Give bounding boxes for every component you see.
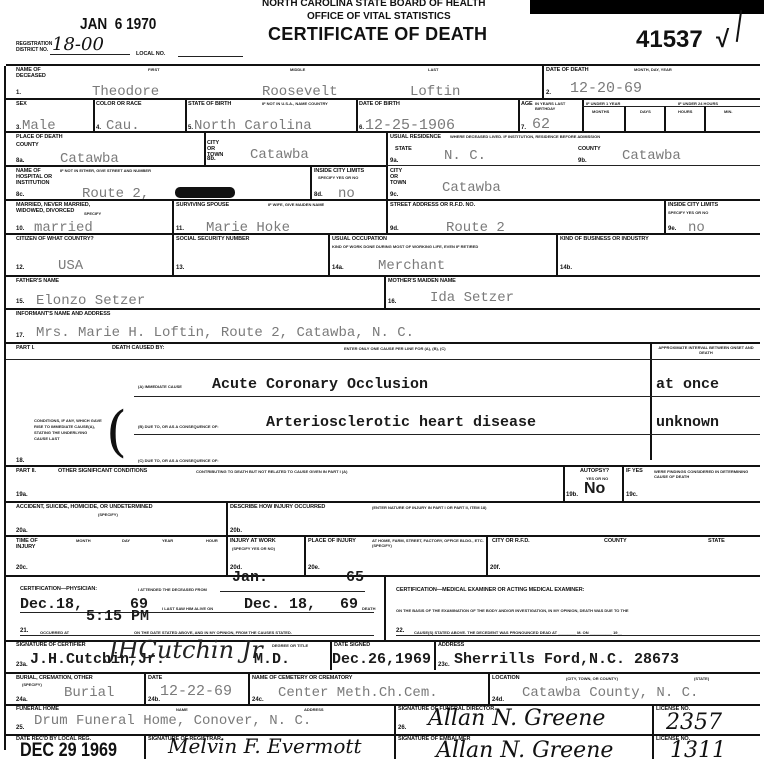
res-state-label: STATE	[395, 146, 412, 152]
item-number: 9c.	[390, 192, 398, 198]
item-number: 8b.	[207, 156, 216, 162]
check-stroke	[736, 10, 742, 42]
rule	[226, 501, 228, 575]
item-number: 20e.	[308, 565, 320, 571]
place-of-injury-label: PLACE OF INJURY	[308, 538, 356, 544]
rule	[6, 98, 760, 100]
rule	[434, 640, 436, 670]
rule	[185, 98, 187, 131]
attended-from-month: Jan.	[232, 569, 268, 586]
item-number: 24b.	[148, 697, 160, 703]
mother-label: MOTHER'S MAIDEN NAME	[388, 278, 456, 284]
hour-label: HOUR	[206, 538, 218, 543]
item-number: 11.	[176, 226, 184, 232]
rule	[386, 165, 760, 166]
director-license-value: 2357	[666, 710, 722, 735]
rule	[664, 106, 666, 131]
birth-state-sub: IF NOT IN U.S.A., NAME COUNTRY	[262, 101, 328, 106]
certifier-signature-label: SIGNATURE OF CERTIFIER	[16, 642, 86, 648]
item-number: 18.	[16, 458, 24, 464]
line-a-label: (a) IMMEDIATE CAUSE	[138, 384, 182, 389]
rule	[652, 704, 654, 759]
burial-method-label: BURIAL, CREMATION, OTHER	[16, 675, 93, 681]
item-number: 17.	[16, 333, 24, 339]
cemetery-label: NAME OF CEMETERY OR CREMATORY	[252, 675, 352, 681]
burial-date-label: DATE	[148, 675, 162, 681]
item-number: 12.	[16, 265, 24, 271]
item-number: 26.	[398, 725, 406, 731]
death-text: DEATH	[362, 606, 375, 611]
item-number: 9d.	[390, 226, 399, 232]
item-number: 1.	[16, 90, 21, 96]
physician-cert-label: CERTIFICATION—PHYSICIAN:	[20, 586, 97, 592]
sex-label: SEX	[16, 101, 27, 107]
underlying-cause: Arteriosclerotic heart disease	[266, 414, 536, 431]
location-state-label: (STATE)	[694, 676, 709, 681]
at-work-label: INJURY AT WORK	[230, 538, 276, 544]
rule	[6, 199, 760, 201]
registrar-signature: Melvin F. Evermott	[168, 734, 362, 758]
date-of-death-label: DATE OF DEATH	[546, 67, 589, 73]
age-sub: IN YEARS LAST BIRTHDAY	[535, 101, 579, 111]
attended-from-year: 65	[346, 569, 364, 586]
year-label: YEAR	[162, 538, 173, 543]
rule	[6, 704, 760, 706]
spouse-label: SURVIVING SPOUSE	[176, 202, 229, 208]
rule	[6, 275, 760, 277]
informant-value: Mrs. Marie H. Loftin, Route 2, Catawba, …	[36, 325, 414, 341]
item-number: 8a.	[16, 158, 24, 164]
rule	[134, 396, 760, 397]
place-of-death-label: PLACE OF DEATH	[16, 134, 62, 140]
rule	[622, 465, 624, 501]
rule	[172, 233, 174, 275]
name-label: NAME OF DECEASED	[16, 67, 48, 79]
part2-sub: CONTRIBUTING TO DEATH BUT NOT RELATED TO…	[196, 469, 347, 474]
brace-icon: (	[106, 400, 127, 463]
rule	[248, 672, 250, 704]
line-b-label: (b) DUE TO, OR AS A CONSEQUENCE OF:	[138, 424, 219, 429]
time-of-injury-label: TIME OF INJURY	[16, 538, 46, 550]
middle-label: MIDDLE	[290, 67, 305, 72]
day-label: DAY	[122, 538, 130, 543]
hours-label: HOURS	[678, 109, 692, 114]
rule	[6, 233, 760, 235]
pod-city-value: Catawba	[250, 147, 309, 163]
month-label: MONTH	[76, 538, 91, 543]
marital-sub: SPECIFY	[84, 211, 101, 216]
item-number: 20c.	[16, 565, 28, 571]
rule	[6, 535, 760, 537]
location-sub: (CITY, TOWN, OR COUNTY)	[566, 676, 618, 681]
cemetery-value: Center Meth.Ch.Cem.	[278, 685, 438, 701]
rule	[134, 434, 760, 435]
rule	[6, 308, 760, 310]
item-number: 21.	[20, 628, 28, 634]
funeral-home-value: Drum Funeral Home, Conover, N. C.	[34, 713, 311, 729]
item-number: 13.	[176, 265, 184, 271]
item-number: 14a.	[332, 265, 344, 271]
rule	[220, 591, 365, 592]
hospital-label: NAME OF HOSPITAL OR INSTITUTION	[16, 168, 58, 186]
immediate-cause-interval: at once	[656, 376, 719, 393]
rule	[518, 98, 520, 131]
citizen-value: USA	[58, 258, 83, 274]
occupation-label: USUAL OCCUPATION	[332, 236, 387, 242]
item-number: 22.	[396, 628, 404, 634]
occupation-value: Merchant	[378, 258, 445, 274]
location-value: Catawba County, N. C.	[522, 685, 698, 701]
rule	[204, 131, 206, 165]
item-number: 16.	[388, 299, 396, 305]
director-signature: Allan N. Greene	[428, 706, 605, 731]
rule	[582, 98, 584, 131]
rule	[556, 233, 558, 275]
res-city-value: Catawba	[442, 180, 501, 196]
registration-district-value: 18-00	[52, 34, 104, 55]
rule	[6, 465, 760, 467]
registration-underline	[50, 54, 130, 55]
item-number: 25.	[16, 725, 24, 731]
certifier-address-label: ADDRESS	[438, 642, 464, 648]
immediate-cause: Acute Coronary Occlusion	[212, 376, 428, 393]
item-number: 9e.	[668, 226, 676, 232]
item-number: 8d.	[314, 192, 323, 198]
item-number: 19c.	[626, 492, 638, 498]
item-number: 9b.	[578, 158, 587, 164]
examiner-cert-label: CERTIFICATION—MEDICAL EXAMINER OR ACTING…	[396, 587, 584, 593]
death-caused-by-label: DEATH CAUSED BY:	[112, 345, 164, 351]
local-no-label: LOCAL NO.	[136, 51, 165, 57]
page-title: CERTIFICATE OF DEATH	[268, 24, 487, 45]
rule	[310, 165, 312, 199]
occupation-sub: KIND OF WORK DONE DURING MOST OF WORKING…	[332, 244, 532, 249]
last-saw-year: 69	[340, 596, 358, 613]
res-city-label: CITY OR TOWN	[390, 168, 410, 186]
manner-label: ACCIDENT, SUICIDE, HOMICIDE, OR UNDETERM…	[16, 504, 152, 510]
findings-label: IF YES	[626, 468, 643, 474]
manner-sub: (SPECIFY)	[98, 512, 118, 517]
item-number: 23c.	[438, 662, 450, 668]
res-inside-limits-label: INSIDE CITY LIMITS	[668, 202, 718, 208]
item-number: 19a.	[16, 492, 28, 498]
cause-instruction: ENTER ONLY ONE CAUSE PER LINE FOR (a), (…	[344, 346, 446, 351]
min-label: MIN.	[724, 109, 732, 114]
res-county-label: COUNTY	[578, 146, 601, 152]
registration-label: REGISTRATION DISTRICT NO.	[16, 41, 52, 53]
burial-date-value: 12-22-69	[160, 683, 232, 700]
redaction-mark	[175, 187, 235, 198]
rule	[384, 575, 386, 640]
rule	[6, 672, 760, 674]
item-number: 24d.	[492, 697, 504, 703]
rule	[20, 612, 374, 613]
mother-value: Ida Setzer	[430, 290, 514, 306]
rule	[6, 501, 760, 503]
item-number: 15.	[16, 299, 24, 305]
rule	[6, 131, 760, 133]
embalmer-signature: Allan N. Greene	[436, 738, 613, 759]
received-stamp: JAN 6 1970	[80, 16, 156, 34]
rule	[664, 199, 666, 233]
date-of-death-sub: MONTH, DAY, YEAR	[634, 67, 672, 72]
funeral-home-label: FUNERAL HOME	[16, 706, 59, 712]
redaction-bar	[530, 0, 764, 14]
rule	[172, 199, 174, 233]
rule	[542, 64, 544, 98]
pod-county-label: COUNTY	[16, 142, 39, 148]
father-value: Elonzo Setzer	[36, 293, 145, 309]
check-mark-icon: √	[716, 26, 729, 54]
residence-label: USUAL RESIDENCE	[390, 134, 441, 140]
rule	[6, 575, 760, 577]
citizen-label: CITIZEN OF WHAT COUNTRY?	[16, 236, 94, 242]
item-number: 20b.	[230, 528, 242, 534]
rule	[386, 199, 388, 233]
item-number: 20f.	[490, 565, 500, 571]
autopsy-label: AUTOPSY?	[580, 468, 609, 474]
attended-text: I ATTENDED THE DECEASED FROM	[138, 587, 207, 592]
location-label: LOCATION	[492, 675, 520, 681]
autopsy-value: No	[584, 480, 605, 498]
certificate-number: 41537	[636, 26, 703, 54]
item-number: 8c.	[16, 192, 24, 198]
last-label: LAST	[428, 67, 438, 72]
rule	[144, 734, 146, 759]
registrar-date-stamp: DEC 29 1969	[20, 740, 117, 759]
funeral-name-label: NAME	[176, 707, 188, 712]
months-label: MONTHS	[592, 109, 609, 114]
res-county-value: Catawba	[622, 148, 681, 164]
local-no-underline	[178, 56, 243, 57]
street-label: STREET ADDRESS OR R.F.D. No.	[390, 202, 475, 208]
rule	[328, 233, 330, 275]
item-number: 23a.	[16, 662, 28, 668]
certifier-address: Sherrills Ford,N.C. 28673	[454, 651, 679, 668]
item-number: 19b.	[566, 492, 578, 498]
certifier-signature: JHCutchin Jr	[108, 636, 263, 664]
agency-line2: OFFICE OF VITAL STATISTICS	[307, 11, 451, 22]
rule	[6, 734, 760, 736]
business-label: KIND OF BUSINESS OR INDUSTRY	[560, 236, 649, 242]
part1-label: PART I.	[16, 345, 34, 351]
last-saw-text: I LAST SAW HIM ALIVE ON	[162, 606, 213, 611]
rule	[6, 342, 760, 344]
certifier-degree: M.D.	[254, 651, 290, 668]
burial-method-sub: (SPECIFY)	[22, 682, 42, 687]
rule	[93, 98, 95, 131]
at-work-sub: (SPECIFY YES OR NO)	[232, 546, 275, 551]
rule	[563, 465, 565, 501]
degree-label: DEGREE OR TITLE	[272, 643, 308, 648]
pod-inside-limits-label: INSIDE CITY LIMITS	[314, 168, 364, 174]
rule	[6, 359, 760, 360]
funeral-address-label: ADDRESS	[304, 707, 324, 712]
form-left-border	[4, 66, 6, 750]
embalmer-license-value: 1311	[670, 738, 726, 759]
rule	[6, 165, 386, 167]
birth-state-label: STATE OF BIRTH	[188, 101, 231, 107]
burial-method-value: Burial	[64, 685, 114, 701]
rule	[488, 672, 490, 704]
rule	[6, 64, 760, 66]
pod-inside-limits-sub: SPECIFY YES OR NO	[318, 175, 358, 180]
rule	[304, 535, 306, 575]
time-of-death: 5:15 PM	[86, 608, 149, 625]
dob-label: DATE OF BIRTH	[359, 101, 400, 107]
interval-label: APPROXIMATE INTERVAL BETWEEN ONSET AND D…	[656, 345, 756, 355]
item-number: 24c.	[252, 697, 264, 703]
rule	[582, 106, 760, 107]
hospital-sub: IF NOT IN EITHER, GIVE STREET AND NUMBER	[60, 168, 151, 173]
days-label: DAYS	[640, 109, 651, 114]
part2-title: OTHER SIGNIFICANT CONDITIONS	[58, 468, 147, 474]
date-signed-label: DATE SIGNED	[334, 642, 370, 648]
rule	[704, 106, 706, 131]
item-number: 14b.	[560, 265, 572, 271]
res-state-value: N. C.	[444, 148, 486, 164]
rule	[486, 535, 488, 575]
describe-sub: (ENTER NATURE OF INJURY IN PART I OR PAR…	[372, 505, 486, 510]
spouse-sub: IF WIFE, GIVE MAIDEN NAME	[268, 202, 324, 207]
ssn-label: SOCIAL SECURITY NUMBER	[176, 236, 249, 242]
last-saw-date: Dec. 18,	[244, 596, 316, 613]
res-inside-limits-sub: SPECIFY YES OR NO	[668, 210, 708, 215]
age-label: AGE	[521, 101, 533, 107]
underlying-cause-interval: unknown	[656, 414, 719, 431]
injury-state-label: STATE	[708, 538, 725, 544]
describe-label: DESCRIBE HOW INJURY OCCURRED	[230, 504, 325, 510]
date-signed-value: Dec.26,1969	[332, 651, 431, 668]
father-label: FATHER'S NAME	[16, 278, 59, 284]
conditions-label: CONDITIONS, IF ANY, WHICH GAVE RISE TO I…	[34, 418, 102, 442]
item-number: 2.	[546, 90, 551, 96]
item-number: 10.	[16, 226, 24, 232]
race-label: COLOR OR RACE	[96, 101, 141, 107]
agency-line1: NORTH CAROLINA STATE BOARD OF HEALTH	[262, 0, 486, 9]
rule	[384, 275, 386, 308]
rule	[396, 635, 760, 636]
attended-to-date: Dec.18,	[20, 596, 83, 613]
rule	[356, 98, 358, 131]
rule	[624, 106, 626, 131]
informant-label: INFORMANT'S NAME AND ADDRESS	[16, 311, 110, 317]
rule	[394, 704, 396, 759]
injury-city-label: CITY OR R.F.D.	[492, 538, 530, 544]
examiner-line1: ON THE BASIS OF THE EXAMINATION OF THE B…	[396, 608, 629, 613]
residence-sub: WHERE DECEASED LIVED. IF INSTITUTION, RE…	[450, 134, 600, 139]
part2-label: PART II.	[16, 468, 36, 474]
date-of-death: 12-20-69	[570, 80, 642, 97]
item-number: 20a.	[16, 528, 28, 534]
findings-sub: WERE FINDINGS CONSIDERED IN DETERMINING …	[654, 469, 758, 479]
item-number: 24a.	[16, 697, 28, 703]
first-label: FIRST	[148, 67, 160, 72]
place-of-injury-sub: AT HOME, FARM, STREET, FACTORY, OFFICE B…	[372, 538, 486, 548]
rule	[144, 672, 146, 704]
item-number: 9a.	[390, 158, 398, 164]
line-c-label: (c) DUE TO, OR AS A CONSEQUENCE OF:	[138, 458, 219, 463]
injury-county-label: COUNTY	[604, 538, 627, 544]
